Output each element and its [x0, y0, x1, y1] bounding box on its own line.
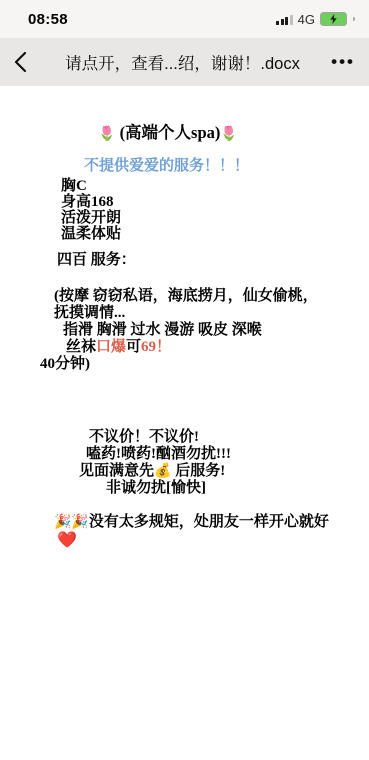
doc-title-text: (高端个人spa) — [115, 123, 220, 142]
sincerity-line: 非诚勿扰[愉快] — [106, 480, 369, 497]
duration-line: 40分钟) — [40, 356, 369, 373]
network-type-label: 4G — [298, 12, 315, 27]
red-heart-emoji: ❤️ — [57, 531, 369, 551]
service-line: (按摩 窃窃私语，海底捞月，仙女偷桃， — [54, 288, 369, 305]
rule-line: 不议价！不议价! — [89, 429, 369, 446]
rule-line: 嗑药!喷药!酗酒勿扰!!! — [86, 446, 369, 463]
status-bar: 08:58 4G — [0, 0, 369, 38]
battery-charging-icon — [320, 12, 347, 26]
closing-line: 🎉🎉没有太多规矩，处朋友一样开心就好 — [54, 513, 369, 531]
status-icons: 4G — [276, 12, 355, 27]
payment-line: 见面满意先💰 后服务! — [79, 463, 369, 480]
payment-text: 见面满意先 — [79, 463, 154, 479]
blue-notice-line: 不提供爱爱的服务！！！ — [84, 158, 369, 175]
service-line: 抚摸调情... — [54, 305, 369, 322]
back-button[interactable] — [14, 51, 44, 73]
closing-text: 没有太多规矩，处朋友一样开心就好 — [89, 514, 329, 530]
clock: 08:58 — [28, 11, 68, 28]
silk-text: 可 — [126, 339, 141, 355]
chevron-left-icon — [14, 51, 27, 73]
payment-text: 后服务! — [171, 463, 225, 479]
profile-line: 温柔体贴 — [61, 226, 369, 242]
document-viewer[interactable]: 🌷 (高端个人spa)🌷 不提供爱爱的服务！！！ 胸C 身高168 活泼开朗 温… — [0, 86, 369, 760]
red-text: 口爆 — [96, 339, 126, 355]
profile-line: 胸C — [61, 178, 369, 194]
money-bag-emoji: 💰 — [154, 464, 171, 479]
tulip-emoji: 🌷 — [98, 127, 115, 142]
doc-title-line: 🌷 (高端个人spa)🌷 — [98, 122, 369, 144]
service-line-highlight: 丝袜口爆可69！ — [66, 339, 369, 356]
profile-line: 身高168 — [61, 194, 369, 210]
signal-strength-icon — [276, 14, 293, 25]
party-popper-emoji: 🎉🎉 — [54, 515, 89, 530]
service-line: 指滑 胸滑 过水 漫游 吸皮 深喉 — [63, 322, 369, 339]
tulip-emoji: 🌷 — [220, 127, 237, 142]
document-title: 请点开，查看...绍，谢谢！.docx — [44, 50, 321, 74]
battery-tip — [353, 17, 355, 21]
lightning-bolt-icon — [329, 14, 338, 24]
nav-bar: 请点开，查看...绍，谢谢！.docx ••• — [0, 38, 369, 86]
red-text: 69！ — [141, 339, 171, 355]
silk-text: 丝袜 — [66, 339, 96, 355]
more-menu-button[interactable]: ••• — [321, 57, 355, 67]
price-header-line: 四百 服务： — [57, 252, 369, 269]
profile-line: 活泼开朗 — [61, 210, 369, 226]
